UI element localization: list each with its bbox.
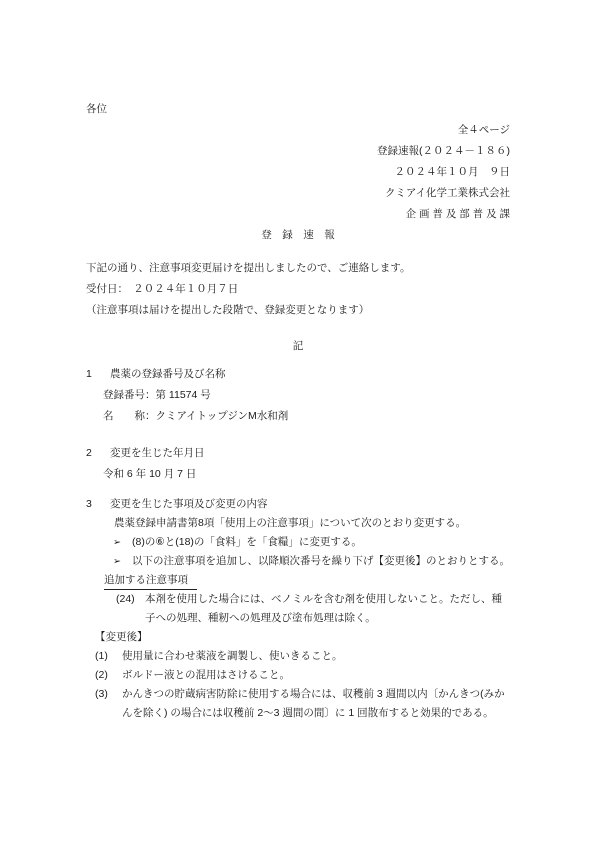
section-3-intro: 農薬登録申請書第8項「使用上の注意事項」について次のとおり変更する。 <box>114 514 510 533</box>
section-1-number: 1 <box>86 364 110 385</box>
registration-number-line: 登録番号：第 11574 号 <box>103 385 510 406</box>
page-count: 全４ページ <box>86 120 510 141</box>
section-2-heading-row: 2 変更を生じた年月日 <box>86 443 510 464</box>
section-1-body: 登録番号：第 11574 号 名 称：クミアイトップジンM水和剤 <box>103 385 510 427</box>
intro-note-line: （注意事項は届けを提出した段階で、登録変更となります） <box>86 300 510 321</box>
arrowhead-bullet-icon: ➢ <box>113 533 132 552</box>
note-text: ボルドー液との混用はさけること。 <box>122 666 290 685</box>
section-2-body: 令和 6 年 10 月 7 日 <box>103 464 510 485</box>
section-change-details: 3 変更を生じた事項及び変更の内容 農薬登録申請書第8項「使用上の注意事項」につ… <box>86 495 510 723</box>
bulletin-number: 登録速報(２０２４－１８６) <box>86 141 510 162</box>
ki-marker: 記 <box>86 336 510 357</box>
added-notes-heading: 追加する注意事項 <box>104 572 197 590</box>
recipient-line: 各位 <box>86 99 510 120</box>
change-date-line: 令和 6 年 10 月 7 日 <box>103 464 510 485</box>
bullet-text: 以下の注意事項を追加し、以降順次番号を繰り下げ【変更後】のとおりとする。 <box>132 552 510 571</box>
added-notes-heading-row: 追加する注意事項 <box>104 571 510 590</box>
reception-date-line: 受付日： ２０２４年１０月７日 <box>86 279 510 300</box>
note-number: (24) <box>116 590 145 628</box>
section-registration-info: 1 農薬の登録番号及び名称 登録番号：第 11574 号 名 称：クミアイトップ… <box>86 364 510 427</box>
document-title: 登 録 速 報 <box>86 225 510 246</box>
note-text: 本剤を使用した場合には、ベノミルを含む剤を使用しないこと。ただし、種子への処理、… <box>145 590 510 628</box>
bullet-text: (8)の⑥と(18)の「食料」を「食糧」に変更する。 <box>132 533 362 552</box>
arrowhead-bullet-icon: ➢ <box>113 552 132 571</box>
section-3-number: 3 <box>86 495 110 514</box>
document-page: 各位 全４ページ 登録速報(２０２４－１８６) ２０２４年１０月 ９日 クミアイ… <box>0 0 596 842</box>
note-number: (1) <box>95 647 122 666</box>
note-number: (3) <box>95 685 122 723</box>
intro-line-1: 下記の通り、注意事項変更届けを提出しましたので、ご連絡します。 <box>86 258 510 279</box>
changed-item: (2) ボルドー液との混用はさけること。 <box>95 666 510 685</box>
note-number: (2) <box>95 666 122 685</box>
note-text: かんきつの貯蔵病害防除に使用する場合には、収穫前 3 週間以内〔かんきつ(みかん… <box>122 685 510 723</box>
header-right-block: 全４ページ 登録速報(２０２４－１８６) ２０２４年１０月 ９日 クミアイ化学工… <box>86 120 510 225</box>
department-name: 企 画 普 及 部 普 及 課 <box>86 204 510 225</box>
issue-date: ２０２４年１０月 ９日 <box>86 162 510 183</box>
section-2-number: 2 <box>86 443 110 464</box>
section-1-heading-row: 1 農薬の登録番号及び名称 <box>86 364 510 385</box>
section-3-heading-row: 3 変更を生じた事項及び変更の内容 <box>86 495 510 514</box>
product-name-line: 名 称：クミアイトップジンM水和剤 <box>103 406 510 427</box>
section-change-date: 2 変更を生じた年月日 令和 6 年 10 月 7 日 <box>86 443 510 485</box>
bullet-item: ➢ (8)の⑥と(18)の「食料」を「食糧」に変更する。 <box>113 533 510 552</box>
section-2-heading: 変更を生じた年月日 <box>110 443 205 464</box>
intro-paragraph: 下記の通り、注意事項変更届けを提出しましたので、ご連絡します。 受付日： ２０２… <box>86 258 510 321</box>
company-name: クミアイ化学工業株式会社 <box>86 183 510 204</box>
changed-after-heading: 【変更後】 <box>95 628 510 647</box>
bullet-item: ➢ 以下の注意事項を追加し、以降順次番号を繰り下げ【変更後】のとおりとする。 <box>113 552 510 571</box>
changed-item: (3) かんきつの貯蔵病害防除に使用する場合には、収穫前 3 週間以内〔かんきつ… <box>95 685 510 723</box>
note-text: 使用量に合わせ薬液を調製し、使いきること。 <box>122 647 343 666</box>
section-1-heading: 農薬の登録番号及び名称 <box>110 364 226 385</box>
section-3-heading: 変更を生じた事項及び変更の内容 <box>110 495 268 514</box>
added-note-item: (24) 本剤を使用した場合には、ベノミルを含む剤を使用しないこと。ただし、種子… <box>116 590 510 628</box>
changed-item: (1) 使用量に合わせ薬液を調製し、使いきること。 <box>95 647 510 666</box>
